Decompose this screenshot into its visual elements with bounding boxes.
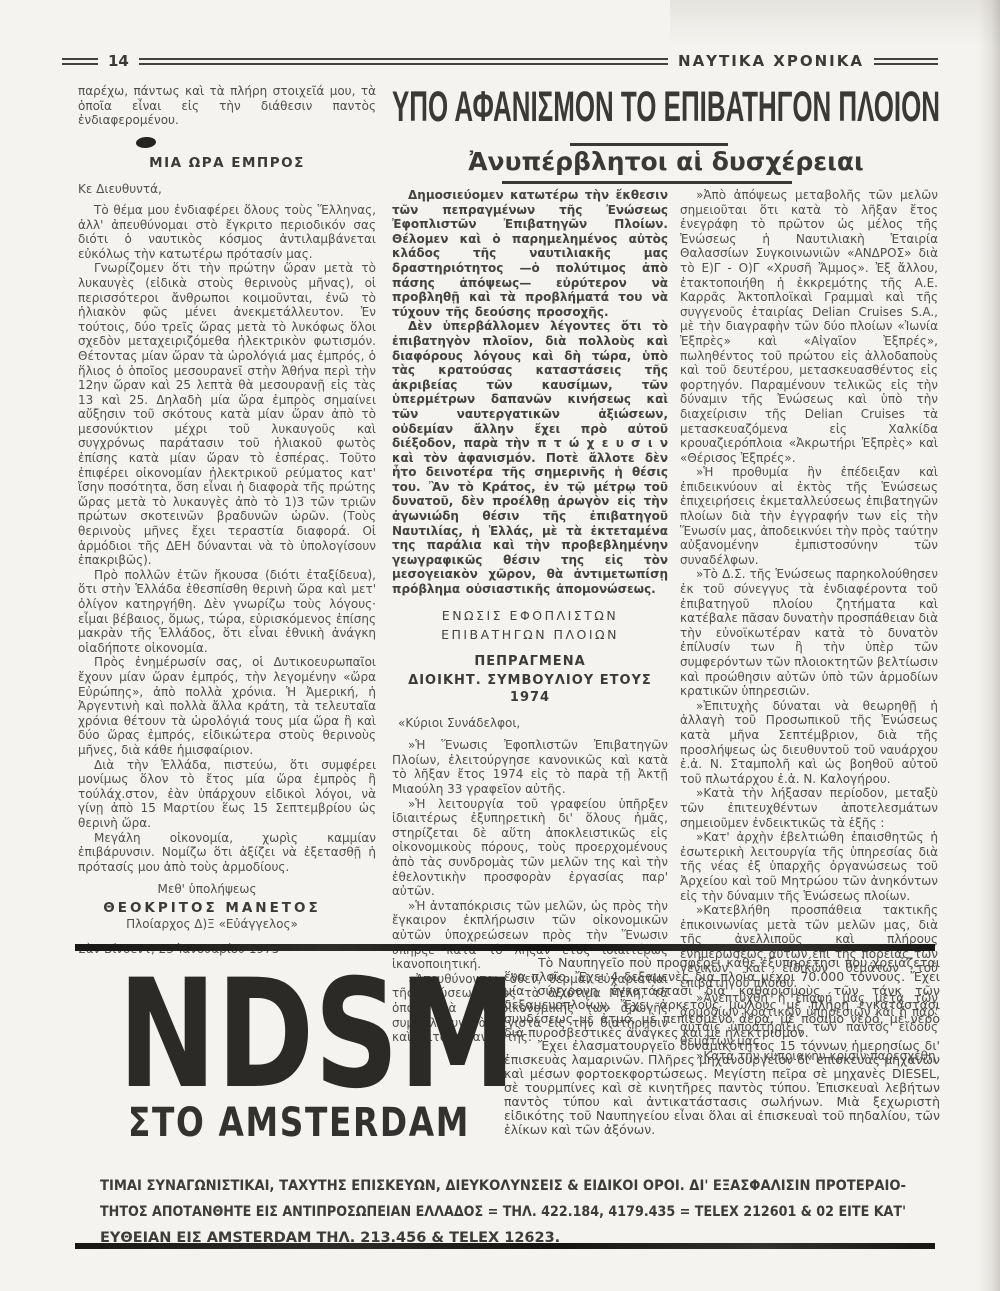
report-paragraph: »Ἀπὸ ἀπόψεως μεταβολῆς τῶν μελῶν σημειοῦ… (680, 188, 938, 465)
letter-paragraph: Πρὸς ἐνημέρωσίν σας, οἱ Δυτικοευρωπαῖοι … (78, 655, 376, 757)
ndsm-logo-subtitle-text: ΣΤΟ AMSTERDAM (128, 1100, 470, 1146)
report-paragraph: »Ἐπιτυχὴς δύναται νὰ θεωρηθῇ ἡ ἀλλαγὴ το… (680, 699, 938, 787)
report-paragraph: »Ἡ λειτουργία τοῦ γραφείου ὑπῆρξεν ἰδιαι… (392, 797, 668, 899)
letter-author-title: Πλοίαρχος Δ)Ξ «Εὐάγγελος» (78, 917, 346, 932)
letter-heading: ΜΙΑ ΩΡΑ ΕΜΠΡΟΣ (78, 156, 376, 171)
ad-footer-line: ΤΗΤΟΣ ΑΠΟΤΑΝΘΗΤΕ ΕΙΣ ΑΝΤΙΠΡΟΣΩΠΕΙΑΝ ΕΛΛΑ… (100, 1200, 910, 1222)
report-paragraph: »Ἡ προθυμία ἣν ἐπέδειξαν καὶ ἐπιδεικνύου… (680, 465, 938, 567)
header-rule-right (874, 58, 938, 65)
divider-bar-top (75, 944, 935, 951)
ndsm-logo-subtitle: ΣΤΟ AMSTERDAM (128, 1098, 476, 1148)
letter-salutation: Κε Διευθυντά, (78, 182, 376, 197)
page-header: 14 ΝΑΥΤΙΚΑ ΧΡΟΝΙΚΑ (62, 52, 938, 70)
page-number: 14 (108, 52, 129, 70)
letter-author-name: ΘΕΟΚΡΙΤΟΣ ΜΑΝΕΤΟΣ (78, 901, 346, 916)
article-lead-paragraph: Δὲν ὑπερβάλλομεν λέγοντες ὅτι τὸ ἐπιβατη… (392, 319, 668, 596)
ad-paragraph: Τὸ Ναυπηγεῖο ποὺ προσφέρει κάθε ἐξυπηρέτ… (504, 956, 940, 1039)
org-heading-line1: ΕΝΩΣΙΣ ΕΦΟΠΛΙΣΤΩΝ (392, 607, 668, 624)
report-paragraph: »Τὸ Δ.Σ. τῆς Ἑνώσεως παρηκολούθησεν ἐκ τ… (680, 567, 938, 698)
letter-paragraph: Γνωρίζομεν ὅτι τὴν πρώτην ὥραν μετὰ τὸ λ… (78, 261, 376, 567)
letter-column: παρέχω, πάντως καὶ τὰ πλήρη στοιχεῖά μου… (78, 84, 376, 957)
header-rule-left (62, 58, 98, 65)
section-divider (136, 137, 376, 148)
subhead-rule-top (570, 143, 728, 146)
report-heading-line2: ΔΙΟΙΚΗΤ. ΣΥΜΒΟΥΛΙΟΥ ΕΤΟΥΣ 1974 (392, 672, 668, 706)
letter-paragraph: Τὸ θέμα μου ἐνδιαφέρει ὅλους τοὺς Ἕλληνα… (78, 203, 376, 261)
magazine-page: 14 ΝΑΥΤΙΚΑ ΧΡΟΝΙΚΑ παρέχω, πάντως καὶ τὰ… (0, 0, 1000, 1291)
letter-valediction: Μεθ' ὑπολήψεως (78, 882, 336, 897)
ndsm-logo: NDSM (118, 966, 522, 1100)
report-salutation: «Κύριοι Συνάδελφοι, (392, 716, 668, 731)
article-headline: ΥΠΟ ΑΦΑΝΙΣΜΟΝ ΤΟ ΕΠΙΒΑΤΗΓΟΝ ΠΛΟΙΟΝ (390, 82, 942, 130)
article-headline-text: ΥΠΟ ΑΦΑΝΙΣΜΟΝ ΤΟ ΕΠΙΒΑΤΗΓΟΝ ΠΛΟΙΟΝ (392, 83, 940, 130)
bullet-ornament-icon (136, 136, 157, 148)
ad-body: Τὸ Ναυπηγεῖο ποὺ προσφέρει κάθε ἐξυπηρέτ… (504, 956, 940, 1137)
report-heading-line1: ΠΕΠΡΑΓΜΕΝΑ (392, 653, 668, 670)
report-paragraph: »Κατ' ἀρχὴν ἐβελτιώθη ἐπαισθητῶς ἡ ἐσωτε… (680, 830, 938, 903)
ad-footer-line-text: ΤΙΜΑΙ ΣΥΝΑΓΩΝΙΣΤΙΚΑΙ, ΤΑΧΥΤΗΣ ΕΠΙΣΚΕΥΩΝ,… (100, 1178, 906, 1194)
magazine-title: ΝΑΥΤΙΚΑ ΧΡΟΝΙΚΑ (678, 52, 864, 70)
ad-footer: ΤΙΜΑΙ ΣΥΝΑΓΩΝΙΣΤΙΚΑΙ, ΤΑΧΥΤΗΣ ΕΠΙΣΚΕΥΩΝ,… (100, 1174, 1000, 1252)
ad-footer-line: ΤΙΜΑΙ ΣΥΝΑΓΩΝΙΣΤΙΚΑΙ, ΤΑΧΥΤΗΣ ΕΠΙΣΚΕΥΩΝ,… (100, 1174, 910, 1196)
letter-paragraph: Διὰ τὴν Ἑλλάδα, πιστεύω, ὅτι συμφέρει μο… (78, 758, 376, 831)
report-paragraph: »Κατὰ τὴν λήξασαν περίοδον, μεταξὺ τῶν ἐ… (680, 786, 938, 830)
report-paragraph: »Ἡ Ἕνωσις Ἐφοπλιστῶν Ἐπιβατηγῶν Πλοίων, … (392, 738, 668, 796)
subhead-rule-bottom (502, 181, 792, 184)
article-lead-paragraph: Δημοσιεύομεν κατωτέρω τὴν ἔκθεσιν τῶν πε… (392, 188, 668, 319)
letter-paragraph: Μεγάλη οἰκονομία, χωρὶς καμμίαν ἐπιβάρυν… (78, 831, 376, 875)
ad-footer-line-text: ΤΗΤΟΣ ΑΠΟΤΑΝΘΗΤΕ ΕΙΣ ΑΝΤΙΠΡΟΣΩΠΕΙΑΝ ΕΛΛΑ… (100, 1204, 906, 1220)
article-subhead: Ἀνυπέρβλητοι αἱ δυσχέρειαι (390, 147, 942, 176)
ad-paragraph: Ἔχει ἐλασματουργεῖο δυναμικότητος 15 τόν… (504, 1039, 940, 1136)
divider-bar-bottom (75, 1243, 935, 1249)
article-column-middle: Δημοσιεύομεν κατωτέρω τὴν ἔκθεσιν τῶν πε… (392, 188, 668, 1045)
letter-paragraph: Πρὸ πολλῶν ἐτῶν ἤκουσα (διότι ἐταξίδευα)… (78, 568, 376, 656)
article-column-right: »Ἀπὸ ἀπόψεως μεταβολῆς τῶν μελῶν σημειοῦ… (680, 188, 938, 1064)
letter-intro: παρέχω, πάντως καὶ τὰ πλήρη στοιχεῖά μου… (78, 84, 376, 128)
org-heading-line2: ΕΠΙΒΑΤΗΓΩΝ ΠΛΟΙΩΝ (392, 626, 668, 643)
header-rule-middle (139, 58, 668, 65)
ndsm-logo-text: NDSM (118, 966, 516, 1100)
